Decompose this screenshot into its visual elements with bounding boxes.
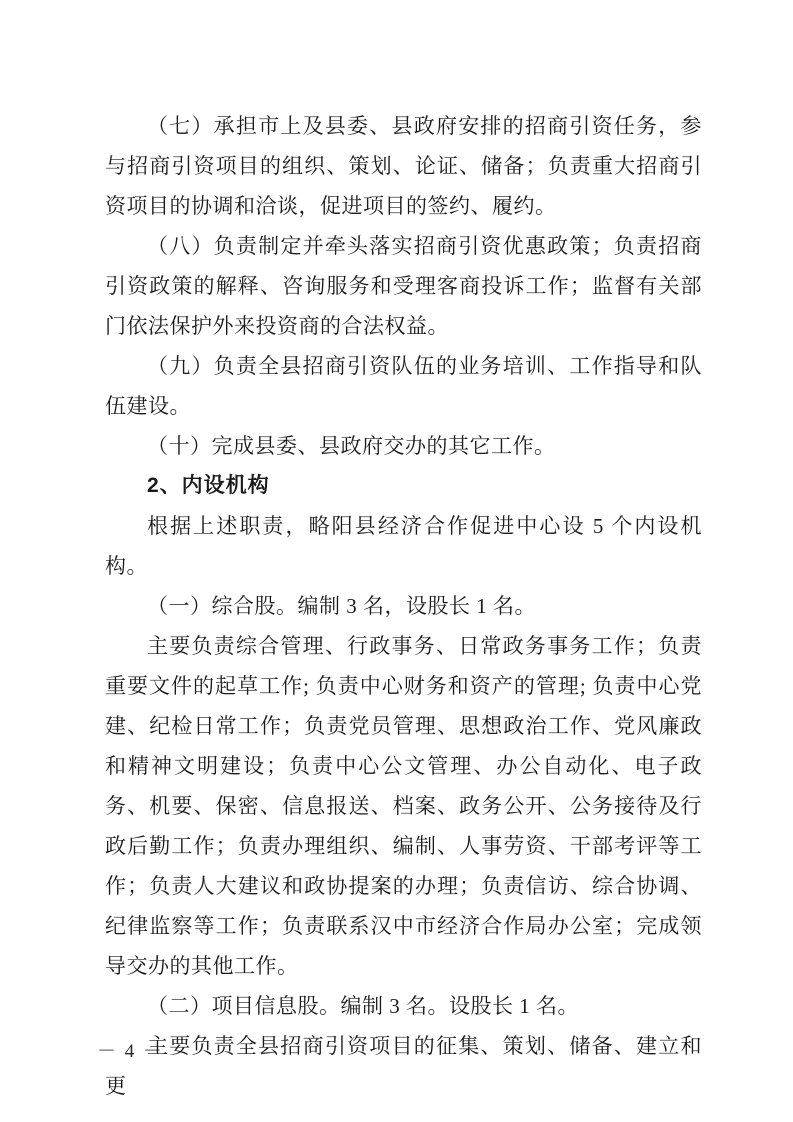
paragraph-org-1-duties: 主要负责综合管理、行政事务、日常政务事务工作；负责重要文件的起草工作; 负责中心…: [105, 626, 702, 986]
page-number: － 4 －: [97, 1036, 164, 1063]
paragraph-org-1-title: （一）综合股。编制 3 名，设股长 1 名。: [105, 586, 702, 626]
paragraph-duty-8: （八）负责制定并牵头落实招商引资优惠政策；负责招商引资政策的解释、咨询服务和受理…: [105, 226, 702, 346]
paragraph-org-2-duties: 主要负责全县招商引资项目的征集、策划、储备、建立和更: [105, 1026, 702, 1106]
paragraph-duty-9: （九）负责全县招商引资队伍的业务培训、工作指导和队伍建设。: [105, 346, 702, 426]
paragraph-duty-7: （七）承担市上及县委、县政府安排的招商引资任务，参与招商引资项目的组织、策划、论…: [105, 106, 702, 226]
paragraph-intro: 根据上述职责，略阳县经济合作促进中心设 5 个内设机构。: [105, 506, 702, 586]
paragraph-org-2-title: （二）项目信息股。编制 3 名。设股长 1 名。: [105, 986, 702, 1026]
paragraph-duty-10: （十）完成县委、县政府交办的其它工作。: [105, 426, 702, 466]
document-page: （七）承担市上及县委、县政府安排的招商引资任务，参与招商引资项目的组织、策划、论…: [0, 0, 793, 1122]
section-heading-internal-organs: 2、内设机构: [105, 466, 702, 506]
document-body: （七）承担市上及县委、县政府安排的招商引资任务，参与招商引资项目的组织、策划、论…: [105, 106, 702, 1106]
